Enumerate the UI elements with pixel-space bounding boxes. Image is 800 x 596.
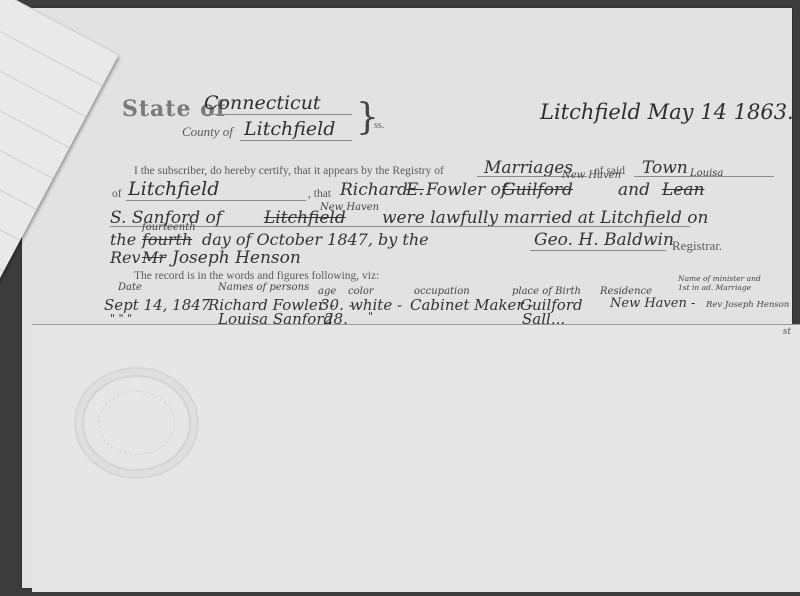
- officiant-prefix: Rev: [110, 248, 141, 267]
- col-minister: Name of minister and 1st in ad. Marriage: [678, 274, 774, 292]
- col-names: Names of persons: [218, 282, 309, 293]
- registrar-underline: [530, 250, 666, 251]
- row1-occupation: Cabinet Maker -: [410, 296, 533, 314]
- groom-origin-struck: Guilford: [502, 180, 573, 200]
- row1-color: white -: [350, 296, 402, 314]
- and-text: and: [618, 180, 650, 200]
- county-value: Litchfield: [244, 118, 335, 140]
- groom-first-name: Richard: [340, 180, 408, 200]
- registry-type: Marriages: [484, 158, 573, 178]
- officiant-name: Joseph Henson: [172, 248, 301, 268]
- place-date: Litchfield May 14 1863.: [540, 100, 794, 124]
- state-value: Connecticut: [204, 92, 321, 114]
- groom-origin-inserted: New Haven: [562, 170, 621, 181]
- ss-label: ss.: [374, 120, 384, 131]
- line-3-underline: [110, 226, 690, 227]
- embossed-seal-icon: [74, 367, 199, 479]
- bride-inserted-name: Louisa: [690, 168, 723, 179]
- town-value: Litchfield: [128, 178, 219, 200]
- fold-mark: st: [783, 327, 791, 337]
- day-prefix: the: [110, 230, 136, 249]
- bride-struck-name: Lean: [662, 180, 704, 200]
- groom-struck-initial: E.: [406, 180, 424, 200]
- of-said-value: Town: [642, 158, 688, 178]
- state-underline: [202, 114, 352, 115]
- married-text: were lawfully married at Litchfield on: [382, 208, 708, 228]
- row1-minister: Rev Joseph Henson: [706, 300, 789, 310]
- registrar-signature: Geo. H. Baldwin: [534, 230, 674, 250]
- officiant-struck: Mr: [142, 248, 166, 267]
- seal-inner-ring: [98, 391, 175, 455]
- row2-color: ": [368, 310, 373, 323]
- county-label: County of: [182, 124, 233, 140]
- certification-intro: I the subscriber, do hereby certify, tha…: [134, 165, 444, 177]
- record-intro: The record is in the words and figures f…: [134, 270, 379, 282]
- bride-origin-inserted: New Haven: [320, 202, 379, 213]
- that-label: , that: [308, 188, 331, 200]
- day-inserted: fourteenth: [142, 222, 196, 233]
- registrar-label: Registrar.: [672, 238, 722, 254]
- town-underline: [126, 200, 306, 201]
- of-label: of: [112, 188, 122, 200]
- certificate-sheet: State of Connecticut County of Litchfiel…: [22, 8, 792, 588]
- county-underline: [240, 140, 352, 141]
- col-date: Date: [118, 282, 142, 293]
- groom-surname: Fowler of: [426, 180, 507, 200]
- folded-lower-half: st: [32, 324, 800, 592]
- row1-residence: New Haven -: [610, 296, 695, 311]
- date-text: day of October 1847, by the: [202, 230, 429, 249]
